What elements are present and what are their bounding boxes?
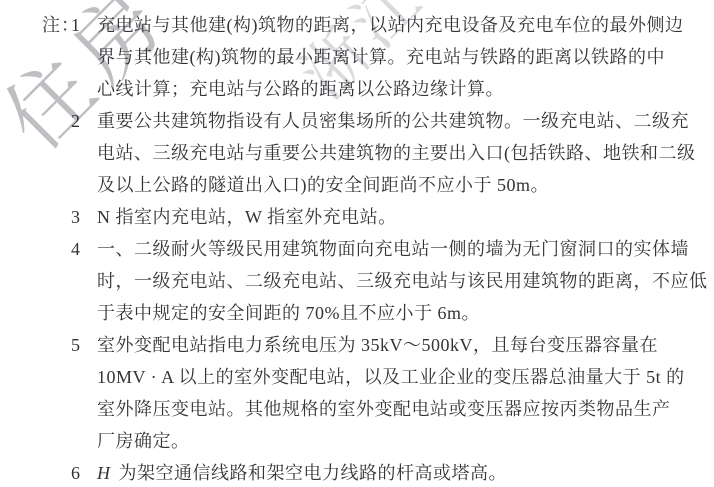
note-item-4: 4 一、二级耐火等级民用建筑物面向充电站一侧的墙为无门窗洞口的实体墙 时，一级充… (0, 233, 714, 329)
note-line: 电站、三级充电站与重要公共建筑物的主要出入口(包括铁路、地铁和二级 (97, 137, 697, 169)
note-number-3: 3 (71, 201, 80, 233)
note-line: N 指室内充电站，W 指室外充电站。 (97, 201, 697, 233)
note-number-1: 1 (71, 9, 80, 41)
note-body-1: 充电站与其他建(构)筑物的距离，以站内充电设备及充电车位的最外侧边 界与其他建(… (97, 9, 697, 105)
note-line: 时，一级充电站、二级充电站、三级充电站与该民用建筑物的距离，不应低 (97, 265, 697, 297)
note-number-2: 2 (71, 105, 80, 137)
note-item-6: 6 H为架空通信线路和架空电力线路的杆高或塔高。 (0, 457, 714, 487)
note-line-text: 为架空通信线路和架空电力线路的杆高或塔高。 (119, 463, 508, 483)
note-body-3: N 指室内充电站，W 指室外充电站。 (97, 201, 697, 233)
note-body-6: H为架空通信线路和架空电力线路的杆高或塔高。 (97, 457, 697, 487)
note-body-2: 重要公共建筑物指设有人员密集场所的公共建筑物。一级充电站、二级充 电站、三级充电… (97, 105, 697, 201)
note-body-5: 室外变配电站指电力系统电压为 35kV～500kV，且每台变压器容量在 10MV… (97, 329, 697, 457)
note-item-2: 2 重要公共建筑物指设有人员密集场所的公共建筑物。一级充电站、二级充 电站、三级… (0, 105, 714, 201)
note-line: 界与其他建(构)筑物的最小距离计算。充电站与铁路的距离以铁路的中 (97, 41, 697, 73)
h-symbol: H (97, 463, 111, 483)
note-body-4: 一、二级耐火等级民用建筑物面向充电站一侧的墙为无门窗洞口的实体墙 时，一级充电站… (97, 233, 697, 329)
note-item-5: 5 室外变配电站指电力系统电压为 35kV～500kV，且每台变压器容量在 10… (0, 329, 714, 457)
note-line: 于表中规定的安全间距的 70%且不应小于 6m。 (97, 297, 697, 329)
note-line: 室外变配电站指电力系统电压为 35kV～500kV，且每台变压器容量在 (97, 329, 697, 361)
document-page: 住房 浙江 注： 1 充电站与其他建(构)筑物的距离，以站内充电设备及充电车位的… (0, 0, 714, 487)
note-number-4: 4 (71, 233, 80, 265)
note-line: 10MV · A 以上的室外变配电站，以及工业企业的变压器总油量大于 5t 的 (97, 361, 697, 393)
note-line: 室外降压变电站。其他规格的室外变配电站或变压器应按丙类物品生产 (97, 393, 697, 425)
note-line: 一、二级耐火等级民用建筑物面向充电站一侧的墙为无门窗洞口的实体墙 (97, 233, 697, 265)
notes-block: 注： 1 充电站与其他建(构)筑物的距离，以站内充电设备及充电车位的最外侧边 界… (0, 9, 714, 487)
note-number-6: 6 (71, 457, 80, 487)
note-line: 充电站与其他建(构)筑物的距离，以站内充电设备及充电车位的最外侧边 (97, 9, 697, 41)
note-item-3: 3 N 指室内充电站，W 指室外充电站。 (0, 201, 714, 233)
note-line: 厂房确定。 (97, 425, 697, 457)
note-number-5: 5 (71, 329, 80, 361)
note-line: H为架空通信线路和架空电力线路的杆高或塔高。 (97, 457, 697, 487)
note-line: 重要公共建筑物指设有人员密集场所的公共建筑物。一级充电站、二级充 (97, 105, 697, 137)
note-item-1: 注： 1 充电站与其他建(构)筑物的距离，以站内充电设备及充电车位的最外侧边 界… (0, 9, 714, 105)
note-line: 心线计算；充电站与公路的距离以公路边缘计算。 (97, 73, 697, 105)
note-line: 及以上公路的隧道出入口)的安全间距尚不应小于 50m。 (97, 169, 697, 201)
